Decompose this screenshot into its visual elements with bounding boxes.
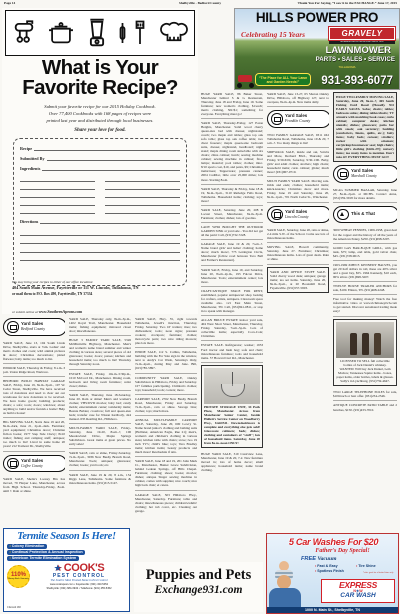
classified-listing: ANNUAL MULTI-FAMILY CARPORT SALE, Saturd… — [135, 416, 197, 457]
puppies-ad-site: Exchange931.com — [134, 584, 263, 596]
section-badge-label: Yard SalesMarshall County — [351, 169, 377, 178]
classified-column-6: HUGE TWO-FAMILY MOVING SALE, Saturday, J… — [333, 90, 397, 532]
blender-icon — [85, 17, 109, 49]
section-badge: Yard SalesFranklin County — [267, 110, 329, 128]
section-badge: Yard SalesCoffee County — [3, 455, 65, 473]
cooks-star-icon: ★ — [54, 564, 62, 573]
classified-listing: YARD SALE, Shelia's Looney Bin has moved… — [3, 475, 65, 495]
ingredients-field-line — [42, 164, 180, 171]
classified-listing: INDOOR SALE, Thursday & Friday, 8 a.m.-3… — [3, 364, 65, 377]
classified-listing: TWELVE HOUSE TRAILER ANCHORS for sale, $… — [333, 282, 397, 295]
classified-listing: SIDEWALK SALE, inside and out, Scrubs an… — [267, 148, 329, 177]
stock-pot-icon — [47, 18, 75, 48]
yard-sale-icon — [271, 113, 283, 125]
classified-listing: 1963-1969 JOHN F. KENNEDY HALVES, you ge… — [333, 261, 397, 282]
recipe-submission-form: Recipe Submitted By Ingredients Directio… — [13, 138, 187, 286]
puppies-ad-title: Puppies and Pets — [134, 568, 263, 584]
newspaper-page: Page 14 Shelbyville - Bedford County Tha… — [0, 0, 400, 614]
yard-sale-icon — [7, 321, 19, 333]
classified-listing: MOVING SALE, Howell community, Saturday,… — [267, 243, 329, 264]
yard-sale-icon — [271, 209, 283, 221]
recipe-field-line — [34, 144, 180, 151]
submitted-by-field-line — [47, 154, 180, 161]
recipe-feature-ad: What is Your Favorite Recipe? Submit you… — [2, 8, 198, 314]
classified-listing: MULTI FAMILY YARD SALE. Moving sale. Odd… — [267, 177, 329, 202]
recipe-tagline: Share your love for food. — [2, 128, 198, 133]
section-badge-label: Yard SalesFranklin County — [285, 114, 310, 123]
classified-listing: ESTATE SALE. Refrigerator; washer; 1953 … — [201, 341, 263, 362]
classified-listing: LADY WHO BOUGHT THE OUTDOOR GARDEN SINK … — [201, 223, 263, 240]
classified-listing: HUGE 3 FAMILY YARD SALE, 5326 McMinnvill… — [69, 336, 131, 369]
classified-listing: Free tool for making money! Watch the fr… — [333, 295, 397, 316]
classified-listing: CARPORT SALE, 2762 New Bushy Branch Road… — [135, 395, 197, 416]
classified-listing: YARD SALE, Thursday, June 18-Saturday, J… — [69, 391, 131, 424]
cooks-pest-control-ad: Termite Season Is Here! Colony Eliminati… — [3, 528, 130, 612]
mower-image — [236, 73, 255, 88]
directions-field-line — [40, 217, 180, 224]
classified-listing: LICENSED TO SELL full collectible bottle… — [333, 319, 397, 387]
hills-ad-subtitle: Celebrating 15 Years — [241, 30, 305, 39]
classified-listing: MULTI-FAMILY YARD SALE, Friday-Saturday,… — [69, 424, 131, 449]
classified-listing: YARD SALE, June 13, 104 South Linda Driv… — [3, 339, 65, 364]
classified-listing: ALLAN BRUCE ESTATE indoor yard sale, 404… — [201, 316, 263, 341]
classified-listing: BIG MOVING SALE, Starts June 19 and 20, … — [3, 418, 65, 451]
classified-listing: YARD SALE, Thursday-Friday, 127 Eaton He… — [201, 119, 263, 184]
section-badge-label: This & That — [351, 212, 375, 217]
classified-listing: COMMUNITY YARD SALE, Oakley Subdivision … — [135, 374, 197, 395]
classified-listing: HUGE YARD SALE, 319 Crestview Lane, Manc… — [201, 450, 263, 474]
recipe-field-label: Recipe — [20, 146, 32, 151]
submitted-by-field-label: Submitted By — [20, 156, 45, 161]
classified-listing: ESTATE SALE, Friday, 10a.m.-5:30p.m., 10… — [69, 370, 131, 391]
classified-listing: YARD SALE, Saturday, June 20, 208 B Locu… — [201, 206, 263, 223]
termite-ad-title: Termite Season Is Here! — [7, 531, 126, 542]
bell-icon — [337, 209, 349, 221]
section-badge-label: Yard SalesBedford County — [21, 322, 45, 331]
classified-listing: CRAFT/ANTIQUE SPACE FOR RENT, establishe… — [201, 287, 263, 316]
yard-sale-icon — [7, 458, 19, 470]
classified-listing: YARD SALE, Thursday only, 8a.m.-3p.m., 1… — [69, 315, 131, 336]
classified-listing: 3000 WHEAT PENNIES, 1909-1958, great dea… — [333, 226, 397, 243]
recipe-headline: What is Your Favorite Recipe? — [2, 58, 198, 98]
classified-listing: YARD SALE, Hwy. 55, right towards Tullah… — [135, 315, 197, 348]
recipe-submit-url: www.SouthernAprons.com — [39, 310, 83, 314]
classified-listing: TWO FAMILY GARAGE SALE, 9311 Old Tullaho… — [267, 131, 329, 148]
carwash-address: 1000 N. Main St., Shelbyville, TN — [267, 607, 398, 613]
classified-listing: HUGE YARD SALE, 86 Baker Street, Manches… — [201, 90, 263, 119]
hills-ad-title: HILLS POWER PRO — [235, 10, 399, 25]
puppies-and-pets-ad: Puppies and Pets Exchange931.com — [134, 562, 263, 612]
hills-ad-phone: 931-393-6077 — [321, 75, 393, 87]
termite-ad-bullets: Colony Elimination Continual Protection … — [7, 544, 126, 562]
listing-photo-chandelier — [204, 368, 260, 404]
section-badge: This & That — [333, 206, 397, 224]
money-back-burst: 110% Money Back Guaranty — [7, 565, 30, 588]
hand-mixer-icon — [11, 18, 37, 48]
carwash-ad-special: Father's Day Special! — [287, 548, 398, 554]
chef-hat-icon — [159, 18, 189, 48]
classified-listing: YARD SALE, Friday, June 19, and Saturday… — [201, 266, 263, 287]
hills-power-pro-ad: HILLS POWER PRO Celebrating 15 Years GRA… — [234, 8, 400, 90]
section-badge-label: Yard SalesLincoln County — [285, 210, 309, 219]
classified-column-4: HUGE YARD SALE, 86 Baker Street, Manches… — [201, 90, 263, 612]
page-header-slogan: Thank You For Saying, “I saw it in the E… — [298, 1, 397, 5]
classified-listing: YARD SALE, rain or shine, Friday-Saturda… — [69, 449, 131, 470]
rolling-pin-spatula-icon — [119, 17, 149, 49]
classified-listing: BEDFORD BUILD HABITAT GARAGE SALE, Frida… — [3, 377, 65, 418]
classified-listing: HUGE TWO-FAMILY MOVING SALE, Saturday, J… — [333, 92, 397, 162]
classified-listing: INSIDE SALE, 112 S. Collins, Tullahoma, … — [135, 348, 197, 373]
classified-listing: MCAG SUMMER BAZAAR, Saturday, June 27, 8… — [333, 186, 397, 203]
classified-column-5: YARD SALE, June 13-27, 65 Sharon Oakley … — [267, 90, 329, 532]
carwash-fine-print: *offer good for a limited time only — [363, 572, 395, 575]
classified-listing: TWO LARGE TELEPHONE POLES for sale, $100… — [333, 388, 397, 401]
yard-sale-icon — [337, 168, 349, 180]
classified-listing: YARD SALE, June 19 & 20, 8 a.m., 154 Rig… — [69, 471, 131, 487]
father-and-son-photo — [269, 561, 321, 613]
classified-listing: YARD SALE, June 18 and 19, 201 John Mark… — [135, 457, 197, 490]
classified-listing: YARD SALE, June 13-27, 65 Sharon Oakley … — [267, 90, 329, 107]
cooks-logo: ★COOK'S PEST CONTROL The South's Most Tr… — [32, 563, 126, 591]
section-badge-label: Yard SalesCoffee County — [21, 459, 43, 468]
directions-lines — [20, 227, 180, 261]
carwash-free-vacuum: FREE Vacuum — [301, 556, 336, 562]
section-badge: Yard SalesBedford County — [3, 318, 65, 336]
listing-photo-bottles — [336, 322, 394, 358]
classified-listing: GARAGE SALE, June 19 & 20, 7a.m.-?. Name… — [201, 240, 263, 265]
section-badge: Yard SalesMarshall County — [333, 165, 397, 183]
recipe-intro-text: Submit your favorite recipe for our 2015… — [10, 104, 190, 125]
cooks-contact-line2: Shelbyville: (931) 684-3943 • Tullahoma:… — [32, 587, 126, 591]
classified-listing: ANTIQUE CONCRETE PATIO TABLE and 2 bench… — [333, 401, 397, 413]
classified-listing: YARD SALE, Thursday & Friday, June 18 & … — [201, 185, 263, 206]
kitchen-icons-strip — [5, 10, 195, 56]
classified-listing: GARAGE SALE, 503 Hillsboro Hwy., Manches… — [135, 491, 197, 515]
hills-ad-lawnmower: LAWNMOWER — [326, 45, 391, 56]
hills-ad-tagline: “The Place for ALL Your Lawn and Garden … — [255, 73, 311, 86]
express-car-wash-ad: 5 Car Washes For $20 Father's Day Specia… — [266, 533, 399, 614]
classified-listing: YARD SALE, Saturday, June 20, rain or sh… — [267, 226, 329, 243]
carwash-ad-title: 5 Car Washes For $20 — [271, 537, 396, 547]
ingredients-lines — [20, 174, 180, 214]
classified-listing: YARD AND OFFICE STUFF SALE. Solid cherry… — [267, 267, 329, 293]
classified-listing: GOOD GAS BAR-B-QUE GRILL, with gas tank,… — [333, 244, 397, 261]
directions-field-label: Directions — [20, 219, 38, 224]
gravely-logo: GRAVELY AN AMERICAN WORKHORSE SINCE 1916 — [329, 27, 395, 44]
express-car-wash-logo: EXPRESS N★W CAR WASH — [321, 579, 395, 603]
classified-listing: PRIVATE STORAGE UNIT, 34 Park Place, Man… — [201, 365, 263, 449]
cooks-charter: Charter# 268 — [7, 606, 21, 609]
ingredients-field-label: Ingredients — [20, 166, 40, 171]
hills-ad-location: TULLAHOMA — [299, 65, 395, 69]
section-badge: Yard SalesLincoln County — [267, 206, 329, 224]
hills-ad-services: PARTS • SALES • SERVICE — [316, 56, 395, 63]
